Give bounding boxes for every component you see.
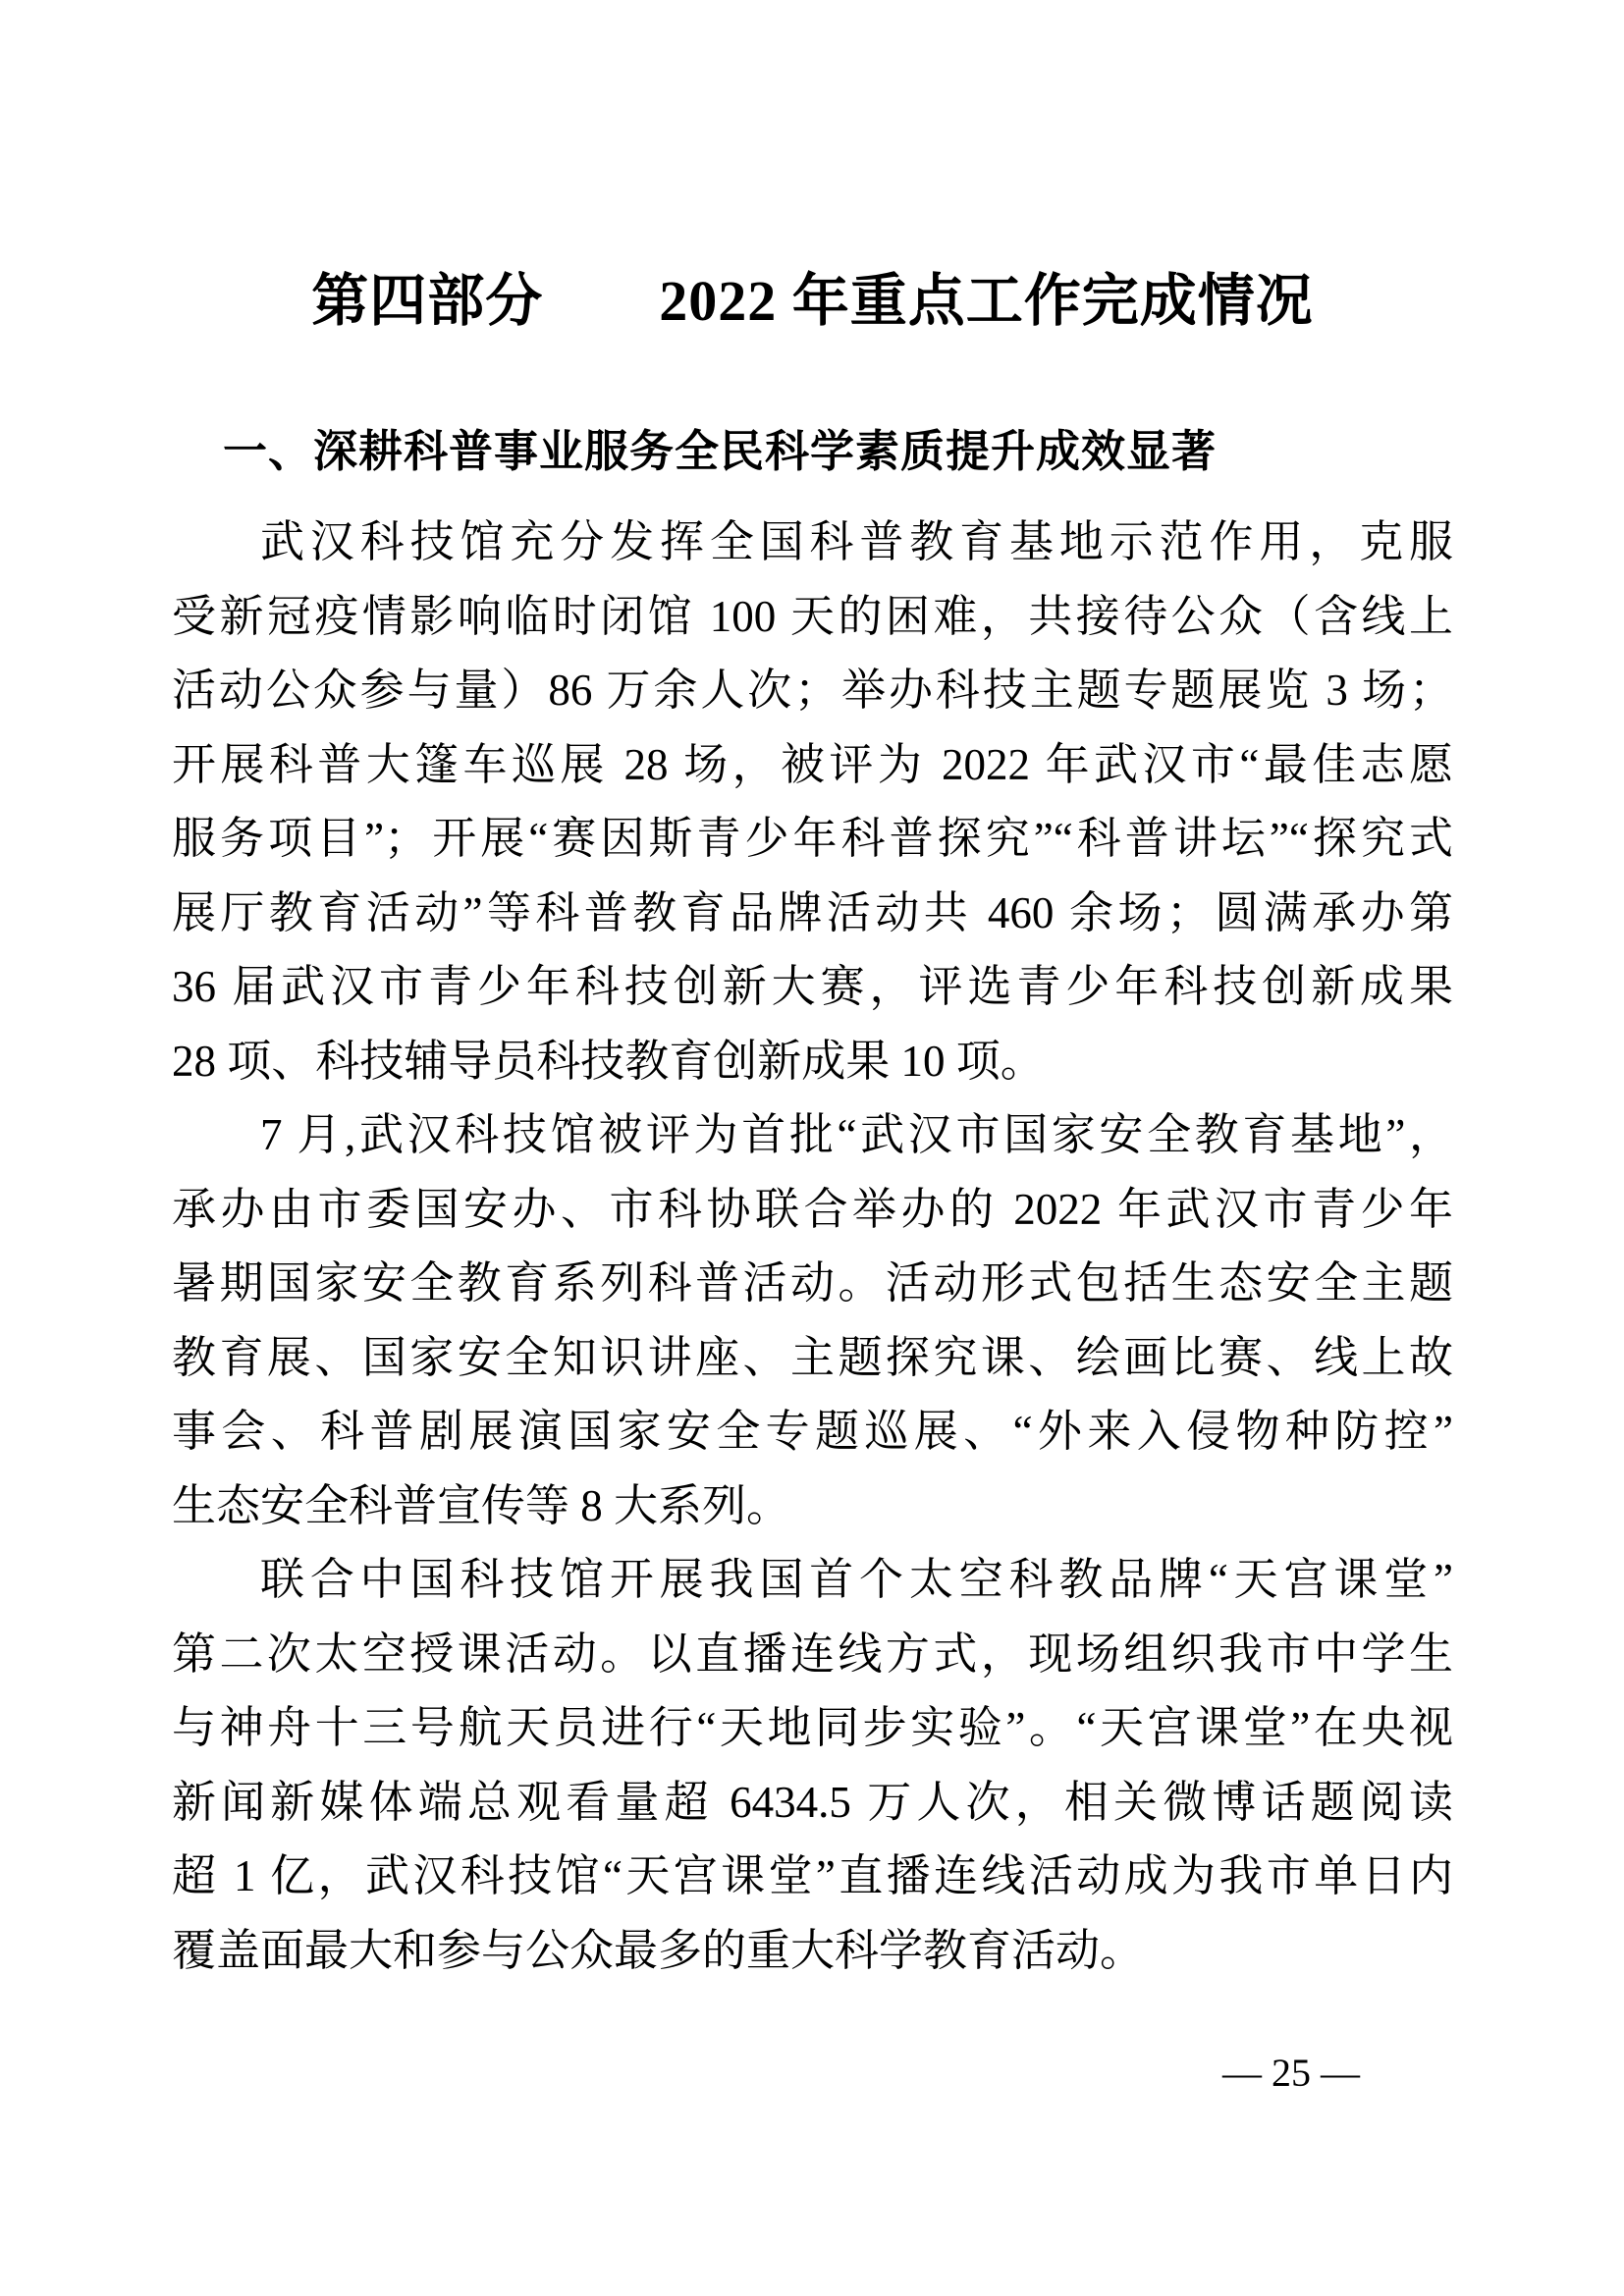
- text-line: 与神舟十三号航天员进行“天地同步实验”。“天宫课堂”在央视: [172, 1691, 1453, 1766]
- paragraph: 联合中国科技馆开展我国首个太空科教品牌“天宫课堂”第二次太空授课活动。以直播连线…: [172, 1543, 1453, 1988]
- page-content: 第四部分 2022 年重点工作完成情况 一、深耕科普事业服务全民科学素质提升成效…: [172, 267, 1453, 1988]
- text-line: 教育展、国家安全知识讲座、主题探究课、绘画比赛、线上故: [172, 1321, 1453, 1396]
- section-heading: 一、深耕科普事业服务全民科学素质提升成效显著: [223, 425, 1453, 478]
- text-line: 36 届武汉市青少年科技创新大赛，评选青少年科技创新成果: [172, 950, 1453, 1025]
- text-line: 覆盖面最大和参与公众最多的重大科学教育活动。: [172, 1914, 1453, 1989]
- text-line: 开展科普大篷车巡展 28 场，被评为 2022 年武汉市“最佳志愿: [172, 728, 1453, 803]
- text-line: 7 月,武汉科技馆被评为首批“武汉市国家安全教育基地”，: [172, 1098, 1453, 1173]
- text-line: 第二次太空授课活动。以直播连线方式，现场组织我市中学生: [172, 1618, 1453, 1692]
- text-line: 活动公众参与量）86 万余人次；举办科技主题专题展览 3 场；: [172, 654, 1453, 728]
- text-line: 展厅教育活动”等科普教育品牌活动共 460 余场；圆满承办第: [172, 877, 1453, 951]
- document-body: 武汉科技馆充分发挥全国科普教育基地示范作用，克服受新冠疫情影响临时闭馆 100 …: [172, 506, 1453, 1988]
- text-line: 承办由市委国安办、市科协联合举办的 2022 年武汉市青少年: [172, 1173, 1453, 1248]
- text-line: 新闻新媒体端总观看量超 6434.5 万人次，相关微博话题阅读: [172, 1766, 1453, 1841]
- text-line: 事会、科普剧展演国家安全专题巡展、“外来入侵物种防控”: [172, 1395, 1453, 1469]
- document-page: 第四部分 2022 年重点工作完成情况 一、深耕科普事业服务全民科学素质提升成效…: [0, 0, 1624, 2296]
- text-line: 28 项、科技辅导员科技教育创新成果 10 项。: [172, 1025, 1453, 1099]
- text-line: 生态安全科普宣传等 8 大系列。: [172, 1469, 1453, 1544]
- paragraph: 武汉科技馆充分发挥全国科普教育基地示范作用，克服受新冠疫情影响临时闭馆 100 …: [172, 506, 1453, 1098]
- page-number: — 25 —: [1173, 2050, 1409, 2097]
- text-line: 受新冠疫情影响临时闭馆 100 天的困难，共接待公众（含线上: [172, 580, 1453, 655]
- paragraph: 7 月,武汉科技馆被评为首批“武汉市国家安全教育基地”，承办由市委国安办、市科协…: [172, 1098, 1453, 1543]
- text-line: 武汉科技馆充分发挥全国科普教育基地示范作用，克服: [172, 506, 1453, 580]
- text-line: 服务项目”；开展“赛因斯青少年科普探究”“科普讲坛”“探究式: [172, 802, 1453, 877]
- text-line: 超 1 亿，武汉科技馆“天宫课堂”直播连线活动成为我市单日内: [172, 1840, 1453, 1914]
- text-line: 暑期国家安全教育系列科普活动。活动形式包括生态安全主题: [172, 1247, 1453, 1321]
- doc-title: 第四部分 2022 年重点工作完成情况: [172, 267, 1453, 336]
- text-line: 联合中国科技馆开展我国首个太空科教品牌“天宫课堂”: [172, 1543, 1453, 1618]
